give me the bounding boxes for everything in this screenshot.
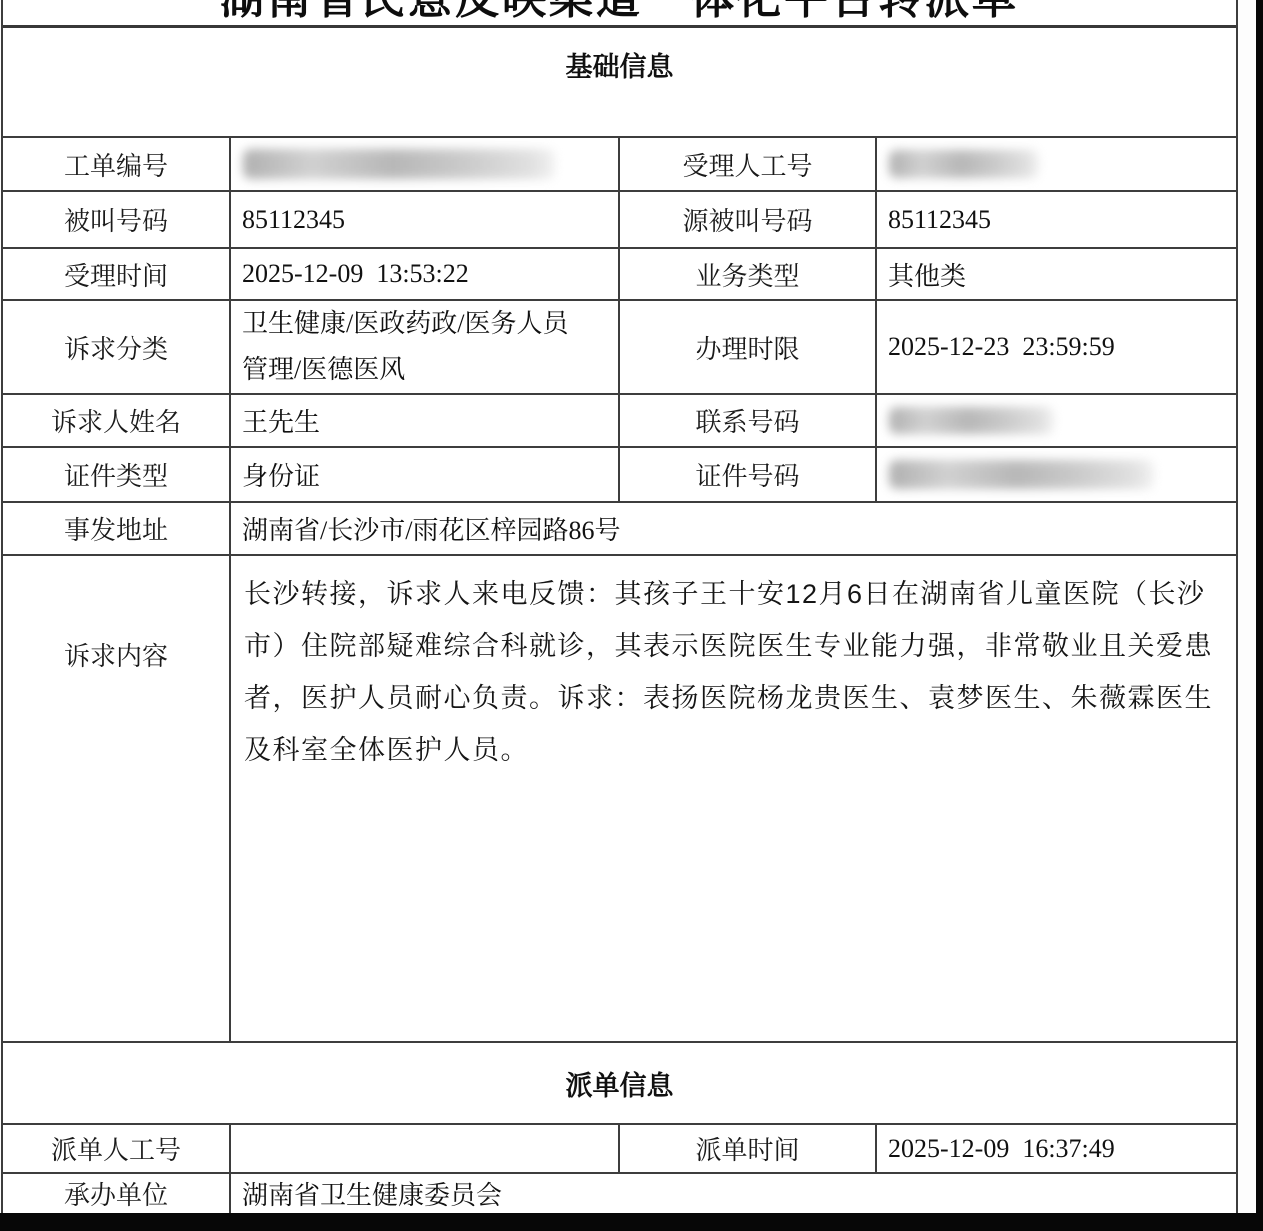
dispatch-time-label: 派单时间 xyxy=(618,1125,875,1172)
row-incident-address: 事发地址 湖南省/长沙市/雨花区梓园路86号 xyxy=(3,503,1236,556)
appeal-category-value: 卫生健康/医政药政/医务人员管理/医德医风 xyxy=(229,301,618,393)
appeal-content-label: 诉求内容 xyxy=(3,556,229,1041)
id-number-value xyxy=(875,448,1236,501)
redacted-contact-number-blob xyxy=(889,407,1054,434)
document-title-band: 湖南省民意反映渠道一体化平台转派单 xyxy=(3,0,1236,28)
scanned-transfer-order-page: 湖南省民意反映渠道一体化平台转派单 基础信息 工单编号 受理人工号 被叫号码 8… xyxy=(0,0,1263,1231)
incident-address-value: 湖南省/长沙市/雨花区梓园路86号 xyxy=(229,503,1236,554)
redacted-handler-id-blob xyxy=(889,150,1039,178)
accept-time-value: 2025-12-09 13:53:22 xyxy=(229,249,618,299)
handler-id-label: 受理人工号 xyxy=(618,138,875,190)
appeal-category-label: 诉求分类 xyxy=(3,301,229,393)
dispatch-header-text: 派单信息 xyxy=(566,1064,674,1103)
dispatcher-id-label: 派单人工号 xyxy=(3,1125,229,1172)
section-header-basic-info: 基础信息 xyxy=(3,28,1236,138)
row-handling-unit: 承办单位 湖南省卫生健康委员会 xyxy=(3,1174,1236,1215)
redacted-work-order-blob xyxy=(243,149,555,179)
id-number-label: 证件号码 xyxy=(618,448,875,501)
id-type-label: 证件类型 xyxy=(3,448,229,501)
row-work-order: 工单编号 受理人工号 xyxy=(3,138,1236,192)
handler-id-value xyxy=(875,138,1236,190)
scan-edge-right xyxy=(1256,0,1263,1231)
called-number-value: 85112345 xyxy=(229,192,618,247)
business-type-label: 业务类型 xyxy=(618,249,875,299)
contact-number-label: 联系号码 xyxy=(618,395,875,446)
accept-time-label: 受理时间 xyxy=(3,249,229,299)
dispatch-time-value: 2025-12-09 16:37:49 xyxy=(875,1125,1236,1172)
appellant-name-value: 王先生 xyxy=(229,395,618,446)
appellant-name-label: 诉求人姓名 xyxy=(3,395,229,446)
source-called-value: 85112345 xyxy=(875,192,1236,247)
document-title: 湖南省民意反映渠道一体化平台转派单 xyxy=(220,0,1019,25)
redacted-id-number-blob xyxy=(889,460,1154,489)
handling-unit-label: 承办单位 xyxy=(3,1174,229,1213)
appeal-content-value: 长沙转接，诉求人来电反馈：其孩子王十安12月6日在湖南省儿童医院（长沙市）住院部… xyxy=(229,556,1236,1041)
handling-unit-value: 湖南省卫生健康委员会 xyxy=(229,1174,1236,1213)
business-type-value: 其他类 xyxy=(875,249,1236,299)
row-appeal-category: 诉求分类 卫生健康/医政药政/医务人员管理/医德医风 办理时限 2025-12-… xyxy=(3,301,1236,395)
called-number-label: 被叫号码 xyxy=(3,192,229,247)
work-order-value xyxy=(229,138,618,190)
transfer-order-table: 湖南省民意反映渠道一体化平台转派单 基础信息 工单编号 受理人工号 被叫号码 8… xyxy=(1,0,1238,1215)
row-appeal-content: 诉求内容 长沙转接，诉求人来电反馈：其孩子王十安12月6日在湖南省儿童医院（长沙… xyxy=(3,556,1236,1043)
contact-number-value xyxy=(875,395,1236,446)
row-called-number: 被叫号码 85112345 源被叫号码 85112345 xyxy=(3,192,1236,249)
section-header-dispatch-info: 派单信息 xyxy=(3,1043,1236,1125)
row-appellant-name: 诉求人姓名 王先生 联系号码 xyxy=(3,395,1236,448)
scan-edge-bottom xyxy=(0,1213,1263,1231)
deadline-label: 办理时限 xyxy=(618,301,875,393)
work-order-label: 工单编号 xyxy=(3,138,229,190)
incident-address-label: 事发地址 xyxy=(3,503,229,554)
deadline-value: 2025-12-23 23:59:59 xyxy=(875,301,1236,393)
row-id-type: 证件类型 身份证 证件号码 xyxy=(3,448,1236,503)
source-called-label: 源被叫号码 xyxy=(618,192,875,247)
id-type-value: 身份证 xyxy=(229,448,618,501)
row-accept-time: 受理时间 2025-12-09 13:53:22 业务类型 其他类 xyxy=(3,249,1236,301)
row-dispatcher-id: 派单人工号 派单时间 2025-12-09 16:37:49 xyxy=(3,1125,1236,1174)
dispatcher-id-value xyxy=(229,1125,618,1172)
